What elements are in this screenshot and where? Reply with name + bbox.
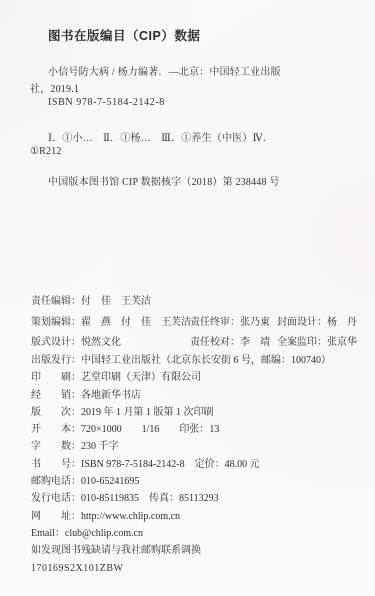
- credit-responsible-editor: 责任编辑：付 佳 王芙洁: [31, 292, 151, 307]
- colophon-row-wordcount: 字 数：230 千字: [31, 438, 361, 455]
- credit-label: 版式设计：: [31, 337, 81, 348]
- colophon-value: 艺堂印刷（天津）有限公司: [81, 372, 201, 383]
- cip-copyright-page: 图书在版编目（CIP）数据 小信号防大病 / 杨力编著．—北京：中国轻工业出版 …: [0, 0, 375, 596]
- colophon-block: 出版发行：中国轻工业出版社（北京东长安街 6 号，邮编：100740） 印 刷：…: [31, 352, 361, 577]
- credit-value: 翟 燕 付 佳 王芙洁: [81, 317, 191, 328]
- credit-value: 付 佳 王芙洁: [81, 296, 151, 307]
- credit-planning-editor: 策划编辑：翟 燕 付 佳 王芙洁: [31, 313, 191, 328]
- colophon-row-isbn-price: 书 号：ISBN 978-7-5184-2142-8 定价：48.00 元: [31, 456, 361, 473]
- cip-record-number: 中国版本图书馆 CIP 数据核字（2018）第 238448 号: [48, 173, 280, 188]
- colophon-label: 网 址：: [31, 511, 81, 522]
- colophon-label: 开 本：: [31, 424, 81, 435]
- credit-cover-design: 封面设计：杨 丹: [277, 313, 357, 328]
- colophon-value: 720×1000 1/16 印张：13: [81, 424, 219, 435]
- colophon-row-printer: 印 刷：艺堂印刷（天津）有限公司: [31, 369, 361, 386]
- credit-label: 策划编辑：: [31, 317, 81, 328]
- colophon-value: 230 千字: [81, 441, 119, 452]
- colophon-row-distribution-phone: 发行电话：010-85119835 传真：85113293: [31, 490, 361, 507]
- colophon-row-format: 开 本：720×1000 1/16 印张：13: [31, 421, 361, 438]
- credit-value: 张京华: [327, 337, 357, 348]
- colophon-print-code: 170169S2X101ZBW: [31, 560, 361, 577]
- colophon-value: 2019 年 1 月第 1 版第 1 次印刷: [81, 407, 214, 418]
- colophon-defect-note: 如发现图书残缺请与我社邮购联系调换: [31, 542, 361, 559]
- colophon-row-email: Email：club@chlip.com.cn: [31, 525, 361, 542]
- credit-label: 全案监印：: [277, 337, 327, 348]
- classification-line2: ①R212: [30, 146, 62, 157]
- colophon-row-distributor: 经 销：各地新华书店: [31, 387, 361, 404]
- credit-value: 李 靖: [240, 337, 270, 348]
- cip-entry-line2: 社，2019.1: [30, 80, 79, 95]
- colophon-value: 010-85119835 传真：85113293: [81, 493, 219, 504]
- credit-proofreader: 责任校对：李 靖: [190, 333, 270, 348]
- credit-label: 责任编辑：: [31, 296, 81, 307]
- colophon-label: 印 刷：: [31, 372, 81, 383]
- colophon-row-mailorder-phone: 邮购电话：010-65241695: [31, 473, 361, 490]
- colophon-value: 各地新华书店: [81, 390, 141, 401]
- credit-label: 责任终审：: [190, 317, 240, 328]
- colophon-value: club@chlip.com.cn: [65, 528, 143, 539]
- colophon-value: http://www.chlip.com.cn: [81, 511, 180, 522]
- credit-layout-design: 版式设计：悦然文化: [31, 333, 121, 348]
- cip-title: 图书在版编目（CIP）数据: [48, 26, 200, 44]
- isbn-line: ISBN 978-7-5184-2142-8: [48, 97, 165, 108]
- credit-print-supervisor: 全案监印：张京华: [277, 333, 357, 348]
- colophon-value: ISBN 978-7-5184-2142-8 定价：48.00 元: [81, 459, 260, 470]
- colophon-label: 字 数：: [31, 441, 81, 452]
- colophon-label: 经 销：: [31, 390, 81, 401]
- colophon-row-edition: 版 次：2019 年 1 月第 1 版第 1 次印刷: [31, 404, 361, 421]
- colophon-label: 书 号：: [31, 459, 81, 470]
- colophon-row-website: 网 址：http://www.chlip.com.cn: [31, 508, 361, 525]
- colophon-row-publisher: 出版发行：中国轻工业出版社（北京东长安街 6 号，邮编：100740）: [31, 352, 361, 369]
- colophon-label: 版 次：: [31, 407, 81, 418]
- colophon-value: 010-65241695: [81, 476, 139, 487]
- credit-value: 张乃東: [240, 317, 270, 328]
- credit-label: 责任校对：: [190, 337, 240, 348]
- credit-label: 封面设计：: [277, 317, 327, 328]
- credit-value: 悦然文化: [81, 337, 121, 348]
- cip-entry-line1: 小信号防大病 / 杨力编著．—北京：中国轻工业出版: [48, 63, 281, 78]
- colophon-label: Email：: [31, 528, 65, 539]
- colophon-label: 出版发行：: [31, 355, 81, 366]
- colophon-value: 中国轻工业出版社（北京东长安街 6 号，邮编：100740）: [81, 355, 331, 366]
- credit-final-reviewer: 责任终审：张乃東: [190, 313, 270, 328]
- classification-line1: Ⅰ．①小… Ⅱ．①杨… Ⅲ．①养生（中医）Ⅳ．: [48, 129, 273, 144]
- credit-value: 杨 丹: [327, 317, 357, 328]
- colophon-label: 发行电话：: [31, 493, 81, 504]
- colophon-label: 邮购电话：: [31, 476, 81, 487]
